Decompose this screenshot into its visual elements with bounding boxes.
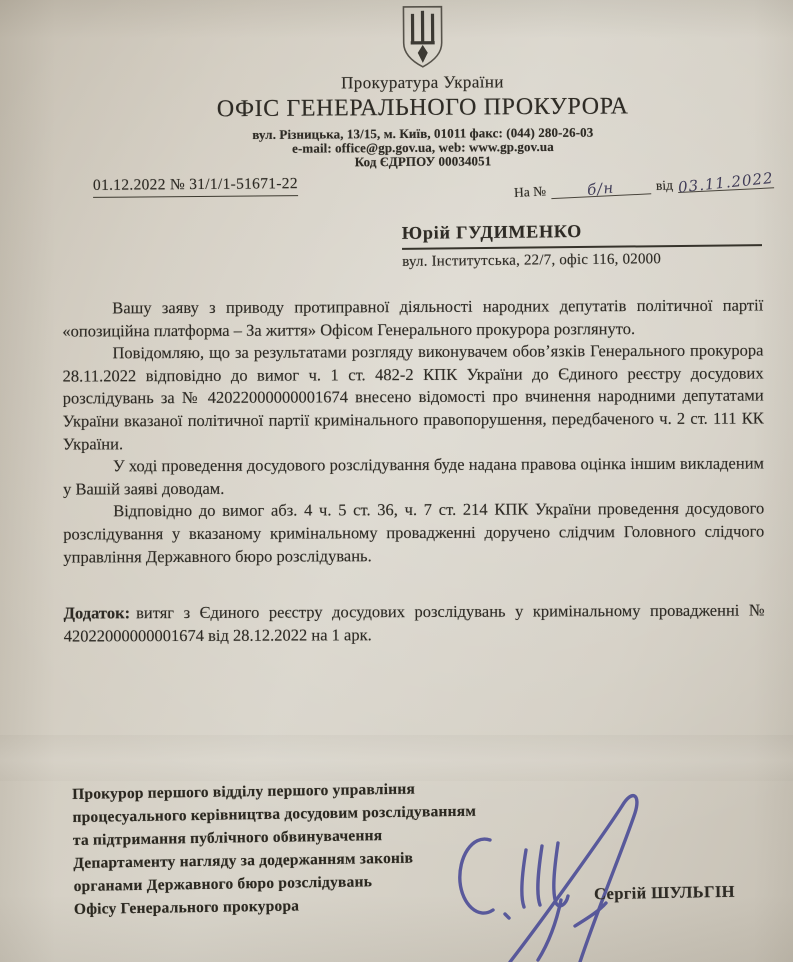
incoming-reference: На №б/нвід03.11.2022 bbox=[514, 170, 780, 201]
signatory-name: Сергій ШУЛЬГІН bbox=[594, 882, 735, 904]
body-paragraph: Відповідно до вимог абз. 4 ч. 5 ст. 36, … bbox=[63, 498, 764, 569]
position-line: Офісу Генерального прокурора bbox=[74, 892, 478, 921]
outgoing-number: 01.12.2022 № 31/1/1-51671-22 bbox=[93, 175, 298, 198]
handwritten-incoming-number: б/н bbox=[587, 178, 616, 199]
addressee-block: Юрій ГУДИМЕНКО вул. Інститутська, 22/7, … bbox=[402, 219, 762, 271]
reference-row: 01.12.2022 № 31/1/1-51671-22 На №б/нвід0… bbox=[0, 176, 793, 201]
handwritten-incoming-date: 03.11.2022 bbox=[677, 169, 774, 197]
addressee-name: Юрій ГУДИМЕНКО bbox=[402, 219, 762, 250]
letter-body: Вашу заяву з приводу протиправної діяльн… bbox=[62, 294, 765, 647]
incoming-number-label: На № bbox=[514, 183, 547, 200]
org-parent-name: Прокуратура України bbox=[52, 70, 793, 95]
attachment-line: Додаток:витяг з Єдиного реєстру досудови… bbox=[64, 600, 765, 648]
letterhead: Прокуратура України ОФІС ГЕНЕРАЛЬНОГО ПР… bbox=[0, 2, 793, 172]
attachment-label: Додаток: bbox=[64, 603, 131, 622]
attachment-text: витяг з Єдиного реєстру досудових розслі… bbox=[64, 601, 765, 646]
body-paragraph: Повідомляю, що за результатами розгляду … bbox=[62, 340, 763, 456]
org-name: ОФІС ГЕНЕРАЛЬНОГО ПРОКУРОРА bbox=[52, 92, 793, 124]
addressee-address: вул. Інститутська, 22/7, офіс 116, 02000 bbox=[402, 250, 762, 271]
body-paragraph: Вашу заяву з приводу протиправної діяльн… bbox=[62, 294, 763, 342]
body-paragraph: У ході проведення досудового розслідуван… bbox=[63, 453, 764, 501]
ukraine-trident-emblem-icon bbox=[397, 5, 447, 69]
incoming-date-label: від bbox=[655, 177, 673, 193]
handwritten-signature bbox=[446, 776, 658, 962]
scanned-letter-page: Прокуратура України ОФІС ГЕНЕРАЛЬНОГО ПР… bbox=[0, 0, 793, 962]
incoming-number-blank: б/н bbox=[551, 176, 652, 199]
signatory-position-block: Прокурор першого відділу першого управлі… bbox=[72, 777, 478, 921]
incoming-date-blank: 03.11.2022 bbox=[677, 170, 774, 193]
